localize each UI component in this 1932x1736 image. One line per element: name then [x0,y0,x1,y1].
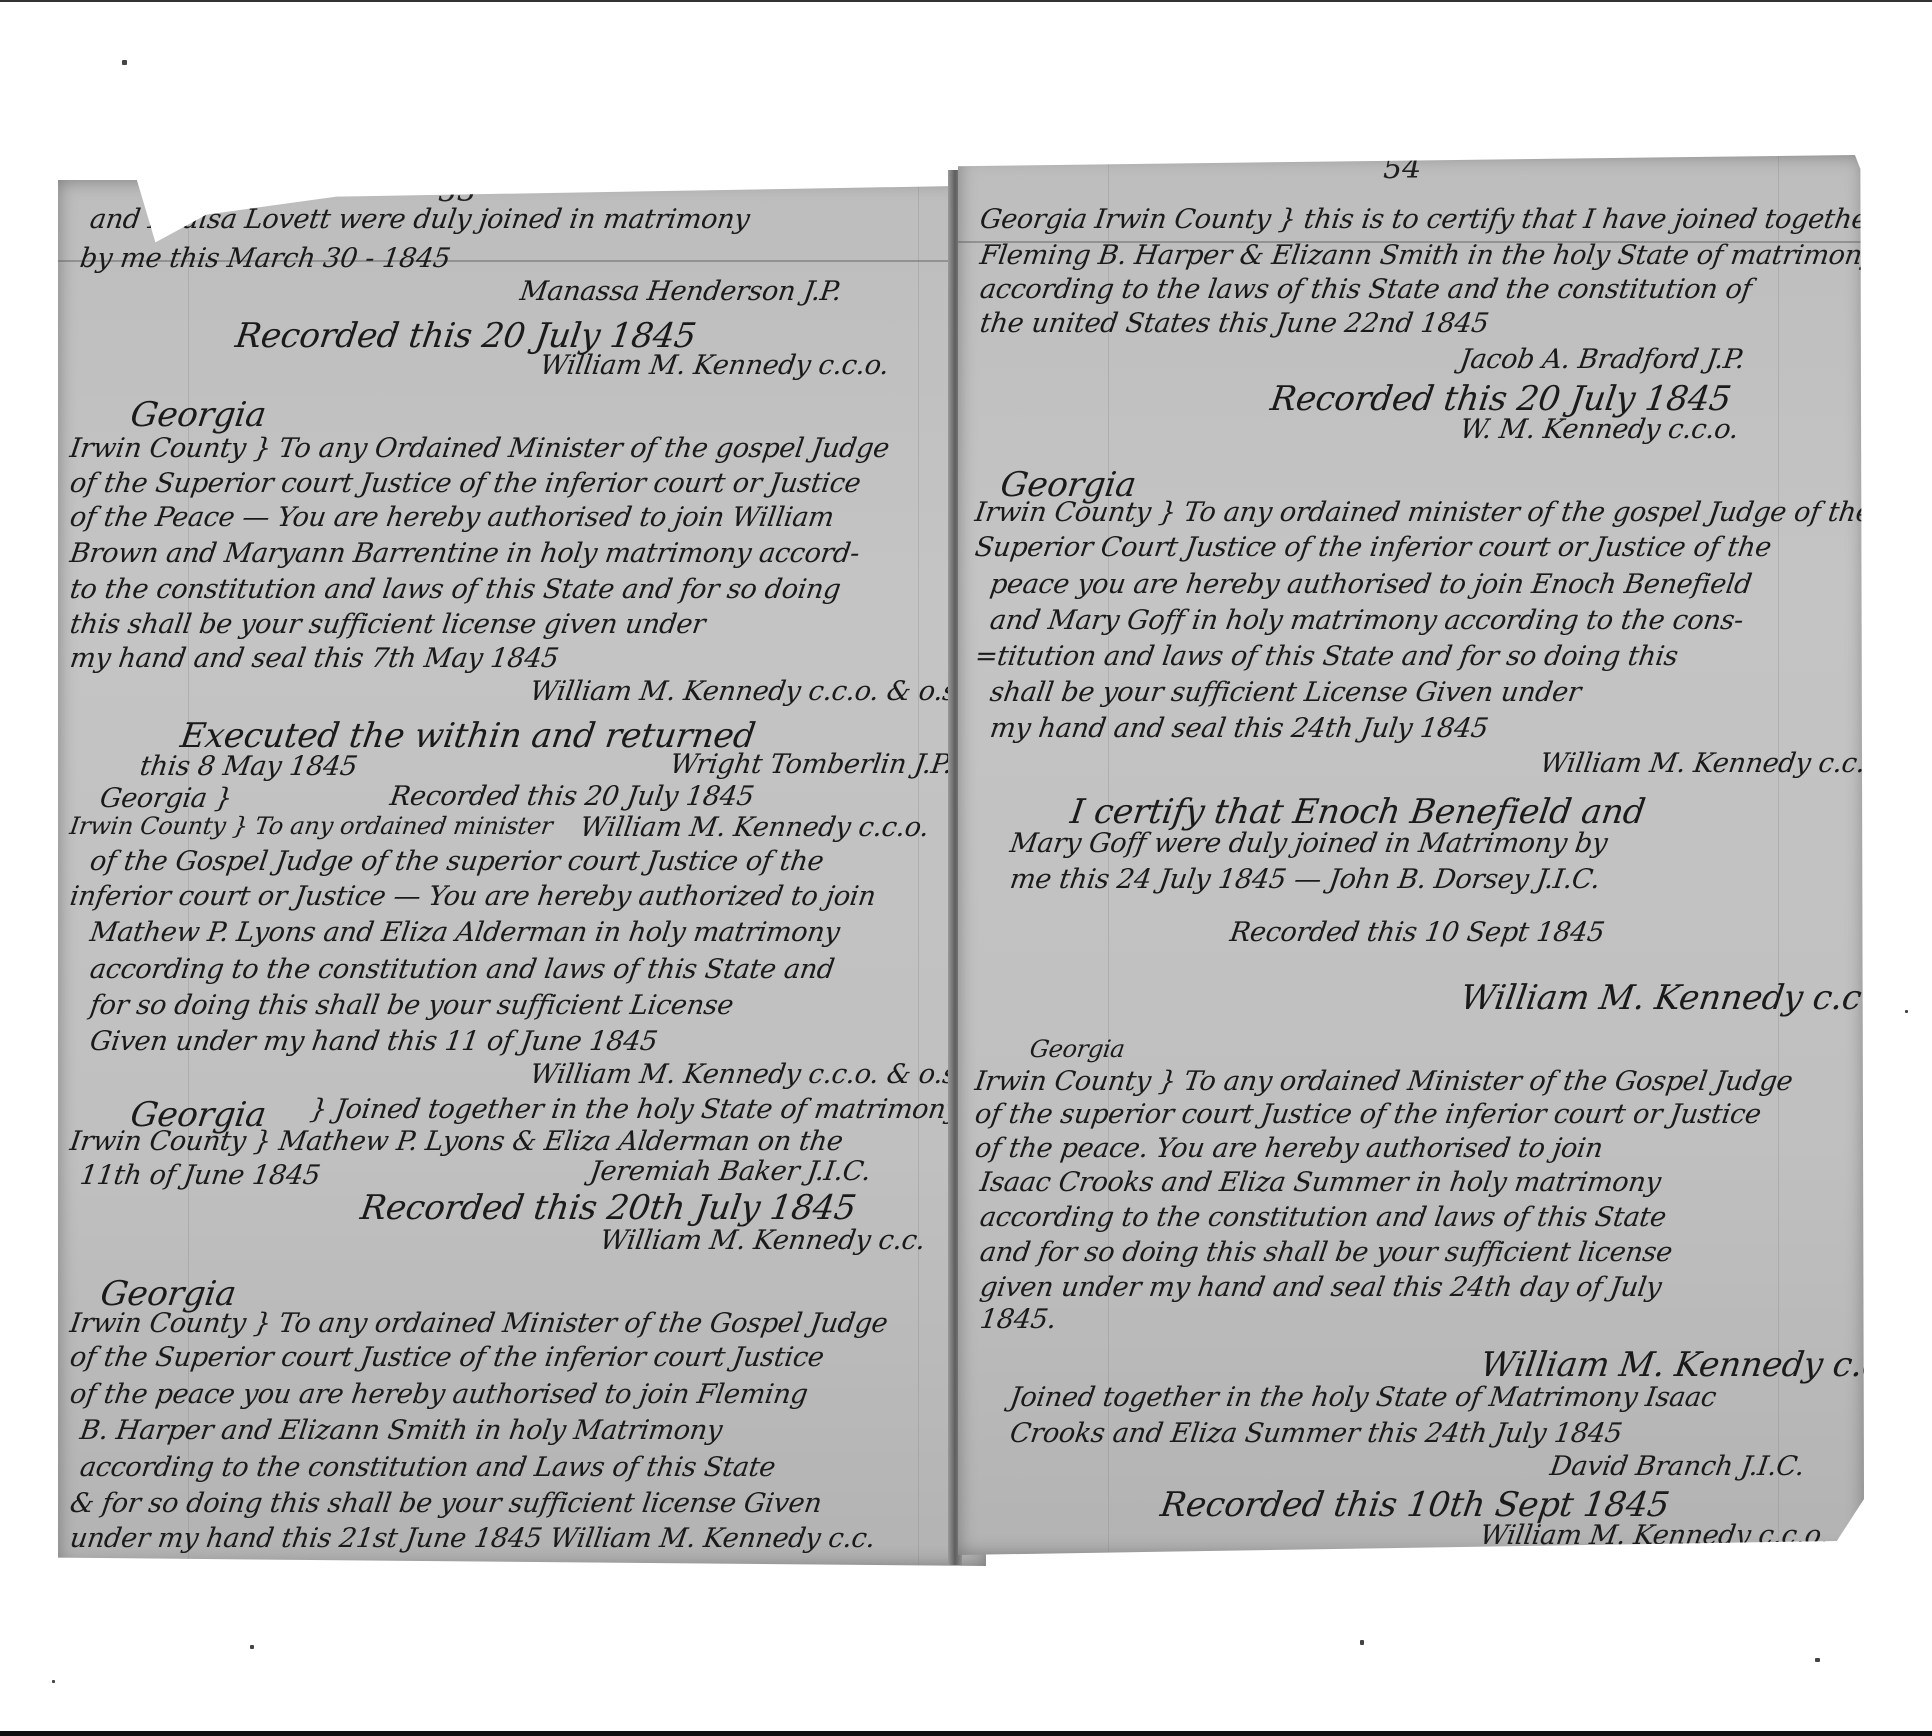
handwritten-line: William M. Kennedy c.c.o. [1538,748,1864,779]
handwritten-line: Irwin County } Mathew P. Lyons & Eliza A… [68,1126,845,1157]
handwritten-line: Recorded this 10th Sept 1845 [1158,1485,1672,1525]
scan-speck [122,60,127,65]
handwritten-line: me this 24 July 1845 — John B. Dorsey J.… [1008,864,1602,895]
handwritten-line: of the Peace — You are hereby authorised… [68,502,836,533]
handwritten-line: B. Harper and Elizann Smith in holy Matr… [78,1415,724,1446]
scan-speck [1360,1640,1364,1645]
handwritten-line: William M. Kennedy c.c.o. [578,812,931,843]
handwritten-line: Isaac Crooks and Eliza Summer in holy ma… [978,1167,1663,1198]
scan-bottom-border [0,1731,1932,1736]
handwritten-line: } Joined together in the holy State of m… [308,1094,963,1125]
handwritten-line: Recorded this 20 July 1845 [388,781,756,812]
handwritten-line: my hand and seal this 24th July 1845 [988,713,1490,744]
handwritten-line: Manassa Henderson J.P. [518,276,843,307]
handwritten-line: Mary Goff were duly joined in Matrimony … [1008,828,1609,859]
handwritten-line: inferior court or Justice — You are here… [68,881,878,912]
page-number: 54 [1383,155,1421,186]
scan-speck [1905,1010,1908,1013]
handwritten-line: shall be your sufficient License Given u… [988,677,1583,708]
handwritten-line: Irwin County } To any Ordained Minister … [68,433,891,464]
handwritten-line: of the superior court Justice of the inf… [973,1099,1763,1130]
handwritten-line: Irwin County } To any ordained Minister … [973,1066,1795,1097]
handwritten-line: Georgia [128,395,268,435]
margin-line [918,180,919,1566]
handwritten-line: Jacob A. Bradford J.P. [1458,344,1746,375]
scan-speck [1815,1658,1820,1662]
handwritten-line: of the peace you are hereby authorised t… [68,1379,810,1410]
handwritten-line: given under my hand and seal this 24th d… [978,1272,1663,1303]
handwritten-line: of the Gospel Judge of the superior cour… [88,846,826,877]
handwritten-line: I certify that Enoch Benefield and [1068,792,1648,832]
handwritten-line: Irwin County } To any ordained minister … [973,497,1864,528]
handwritten-line: and for so doing this shall be your suff… [978,1237,1674,1268]
handwritten-line: this 8 May 1845 [138,751,359,782]
handwritten-line: Brown and Maryann Barrentine in holy mat… [68,538,861,569]
handwritten-line: William M. Kennedy c.c.o. [1478,1345,1864,1385]
handwritten-line: Georgia Irwin County } this is to certif… [978,204,1864,235]
handwritten-line: Superior Court Justice of the inferior c… [973,532,1773,563]
handwritten-line: & for so doing this shall be your suffic… [68,1488,824,1519]
handwritten-line: under my hand this 21st June 1845 Willia… [68,1523,877,1554]
handwritten-line: W. M. Kennedy c.c.o. [1458,414,1740,445]
handwritten-line: according to the constitution and Laws o… [78,1452,777,1483]
handwritten-line: Georgia } [98,783,234,814]
handwritten-line: William M. Kennedy c.c.o. [1478,1520,1831,1551]
handwritten-line: of the Superior court Justice of the inf… [68,468,863,499]
handwritten-line: according to the constitution and laws o… [978,1202,1668,1233]
handwritten-line: Recorded this 10 Sept 1845 [1228,917,1606,948]
handwritten-line: Wright Tomberlin J.P. [668,749,954,780]
handwritten-line: William M. Kennedy c.c. [598,1225,927,1256]
handwritten-line: Recorded this 20 July 1845 [1268,379,1733,419]
handwritten-line: according to the constitution and laws o… [88,954,836,985]
handwritten-line: Georgia [1028,1035,1126,1063]
handwritten-line: and Louisa Lovett were duly joined in ma… [88,204,751,235]
handwritten-line: Irwin County } To any ordained Minister … [68,1308,890,1339]
handwritten-line: Fleming B. Harper & Elizann Smith in the… [978,240,1864,271]
handwritten-line: David Branch J.I.C. [1548,1451,1806,1482]
handwritten-line: this shall be your sufficient license gi… [68,609,707,640]
ledger-page-left: 53 and Louisa Lovett were duly joined in… [58,180,986,1566]
handwritten-line: for so doing this shall be your sufficie… [88,990,735,1021]
handwritten-line: according to the laws of this State and … [978,274,1754,305]
scan-top-border [0,0,1932,2]
handwritten-line: peace you are hereby authorised to join … [988,569,1754,600]
handwritten-line: of the peace. You are hereby authorised … [973,1133,1605,1164]
handwritten-line: by me this March 30 - 1845 [78,243,452,274]
handwritten-line: of the Superior court Justice of the inf… [68,1342,826,1373]
handwritten-line: Crooks and Eliza Summer this 24th July 1… [1008,1418,1624,1449]
handwritten-line: Jeremiah Baker J.I.C. [588,1156,873,1187]
ledger-page-right: 54 Georgia Irwin County } this is to cer… [958,155,1864,1555]
handwritten-line: and Mary Goff in holy matrimony accordin… [988,605,1745,636]
handwritten-line: the united States this June 22nd 1845 [978,308,1491,339]
handwritten-line: to the constitution and laws of this Sta… [68,574,842,605]
handwritten-line: Joined together in the holy State of Mat… [1008,1382,1718,1413]
handwritten-line: my hand and seal this 7th May 1845 [68,643,560,674]
handwritten-line: Executed the within and returned [178,716,758,756]
handwritten-line: Mathew P. Lyons and Eliza Alderman in ho… [88,917,842,948]
handwritten-line: Recorded this 20th July 1845 [358,1188,858,1228]
handwritten-line: 11th of June 1845 [78,1160,322,1191]
scan-speck [250,1645,254,1649]
handwritten-line: Given under my hand this 11 of June 1845 [88,1026,659,1057]
handwritten-line: =titution and laws of this State and for… [973,641,1680,672]
handwritten-line: Irwin County } To any ordained minister [68,812,554,840]
scan-speck [52,1680,55,1683]
handwritten-line: 1845. [978,1304,1058,1335]
handwritten-line: William M. Kennedy c.c.o. [1458,978,1864,1018]
handwritten-line: William M. Kennedy c.c.o. & o.s. [528,1059,967,1090]
handwritten-line: William M. Kennedy c.c.o. & o.s. [528,676,967,707]
handwritten-line: William M. Kennedy c.c.o. [538,350,891,381]
